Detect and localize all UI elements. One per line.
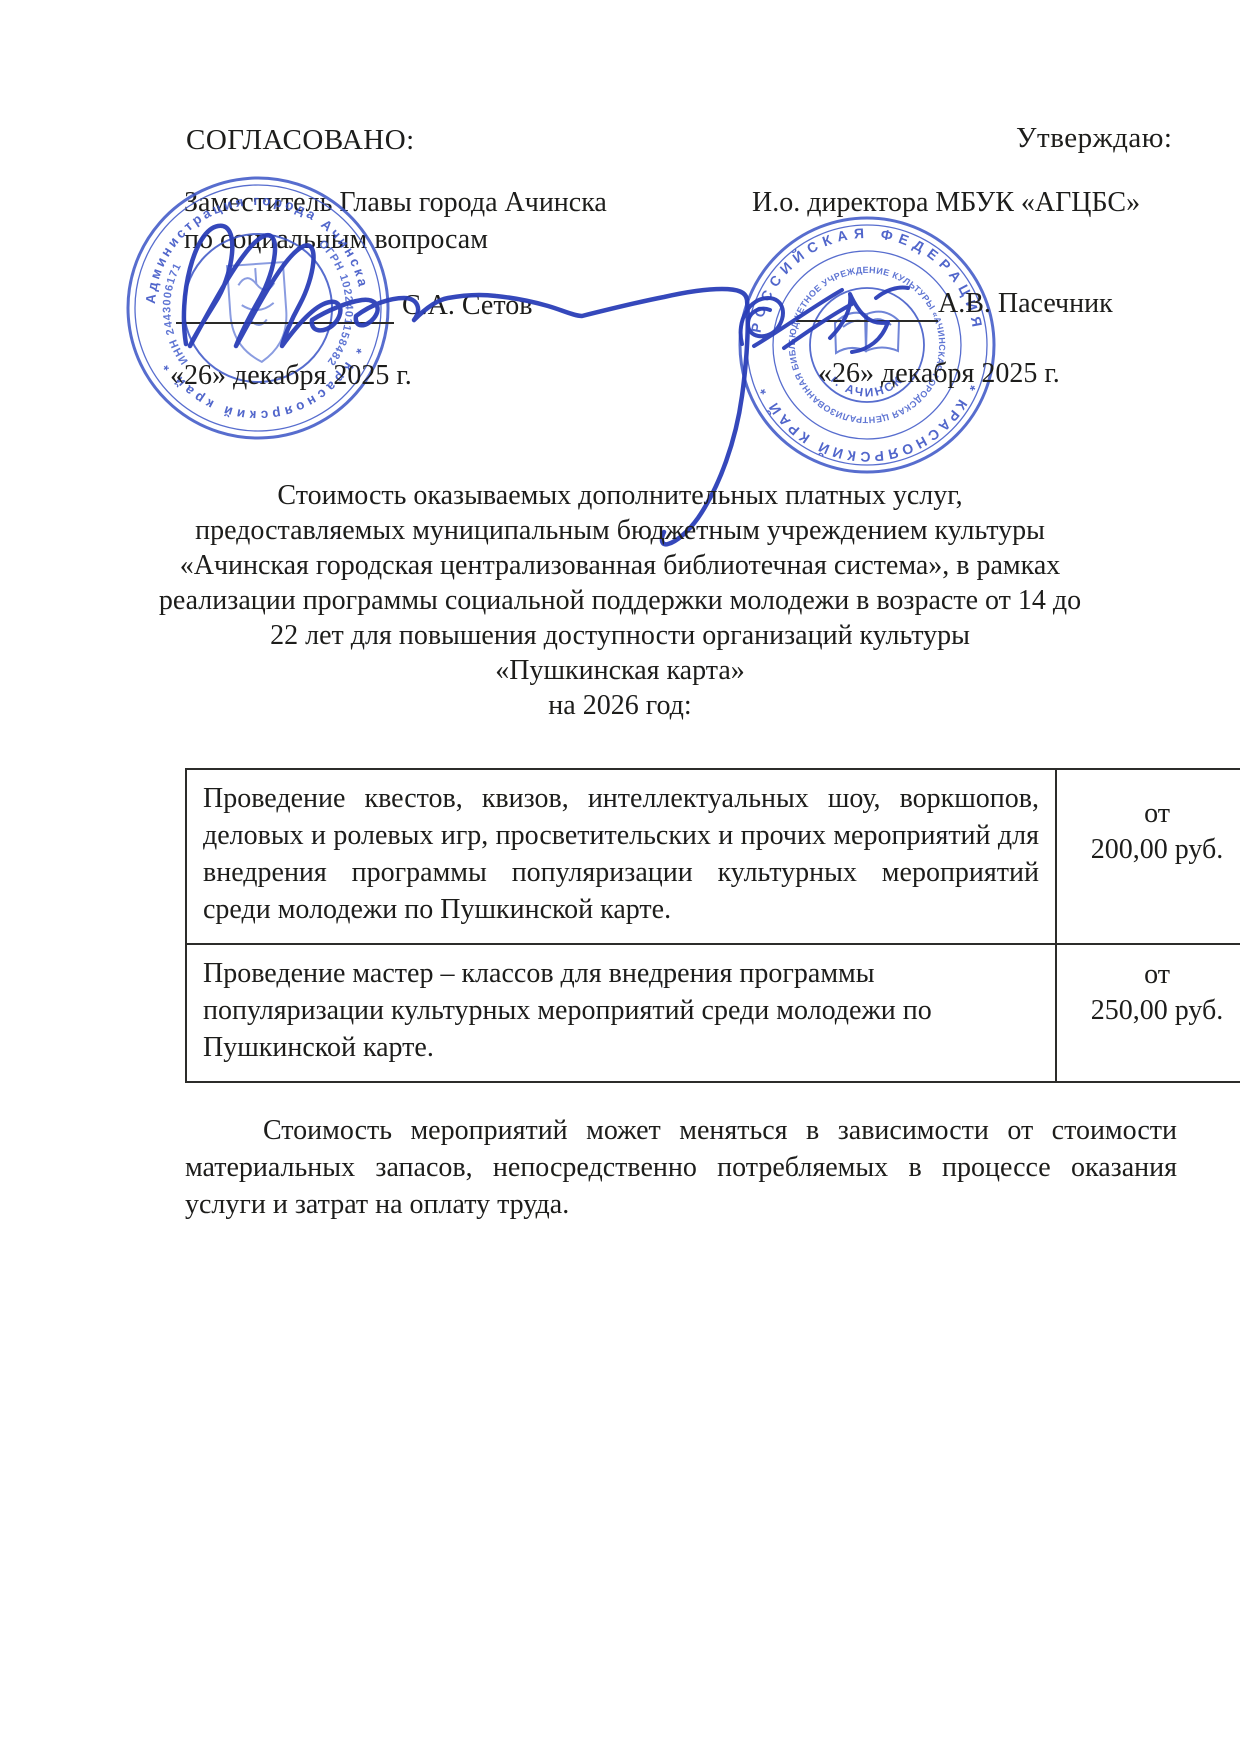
pricing-note: Стоимость мероприятий может меняться в з… bbox=[185, 1112, 1177, 1223]
title-line: 22 лет для повышения доступности организ… bbox=[125, 618, 1115, 653]
table-row: Проведение мастер – классов для внедрени… bbox=[186, 944, 1240, 1082]
price-cell: от 200,00 руб. bbox=[1056, 769, 1240, 944]
title-line: реализации программы социальной поддержк… bbox=[125, 583, 1115, 618]
service-description-cell: Проведение мастер – классов для внедрени… bbox=[186, 944, 1056, 1082]
table-row: Проведение квестов, квизов, интеллектуал… bbox=[186, 769, 1240, 944]
title-line: «Пушкинская карта» bbox=[125, 653, 1115, 688]
price-amount: 250,00 руб. bbox=[1073, 993, 1240, 1029]
price-from: от bbox=[1073, 957, 1240, 993]
approved-label: Утверждаю: bbox=[1016, 122, 1173, 155]
approved-signature-ink bbox=[718, 268, 1008, 398]
title-line: предоставляемых муниципальным бюджетным … bbox=[125, 513, 1115, 548]
title-line: «Ачинская городская централизованная биб… bbox=[125, 548, 1115, 583]
title-line: Стоимость оказываемых дополнительных пла… bbox=[125, 478, 1115, 513]
price-amount: 200,00 руб. bbox=[1073, 832, 1240, 868]
document-title: Стоимость оказываемых дополнительных пла… bbox=[125, 478, 1115, 723]
price-table: Проведение квестов, квизов, интеллектуал… bbox=[185, 768, 1240, 1083]
price-from: от bbox=[1073, 796, 1240, 832]
title-line: на 2026 год: bbox=[125, 688, 1115, 723]
document-page: СОГЛАСОВАНО: Утверждаю: Заместитель Глав… bbox=[0, 0, 1240, 1754]
service-description-cell: Проведение квестов, квизов, интеллектуал… bbox=[186, 769, 1056, 944]
agreed-label: СОГЛАСОВАНО: bbox=[186, 124, 415, 157]
price-cell: от 250,00 руб. bbox=[1056, 944, 1240, 1082]
